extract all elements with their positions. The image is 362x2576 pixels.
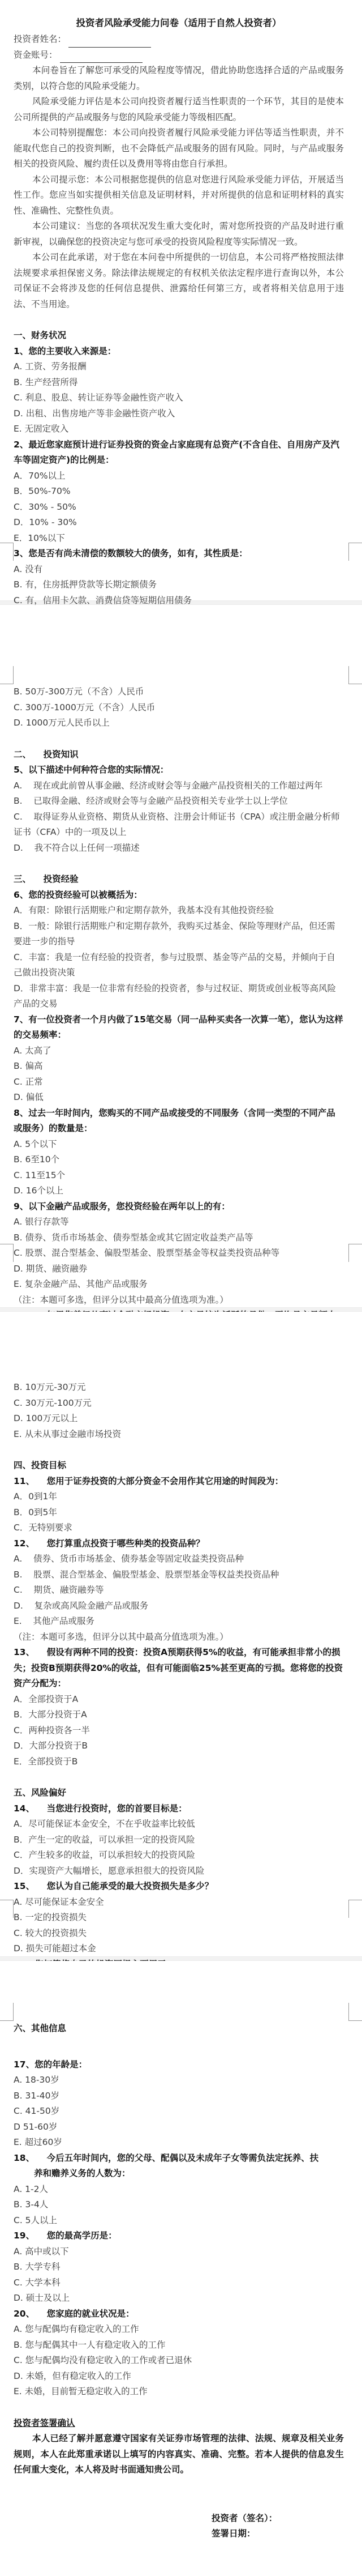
option-19c[interactable]: C. 大学本科 — [14, 2275, 344, 2291]
spacer — [14, 2037, 344, 2057]
intro-paragraph: 本公司特别提醒您：本公司向投资者履行风险承受能力评估等适当性职责，并不能取代您自… — [14, 125, 344, 172]
option-1a[interactable]: A. 工资、劳务报酬 — [14, 359, 344, 375]
option-15a[interactable]: A. 尽可能保证本金安全 — [14, 1895, 344, 1910]
option-7a[interactable]: A. 太高了 — [14, 1043, 344, 1059]
option-18c[interactable]: C. 5人以上 — [14, 2213, 344, 2229]
section-title-risk-preference: 五、风险偏好 — [14, 1785, 344, 1801]
intro-paragraph: 本公司建议：当您的各项状况发生重大变化时，需对您所投资的产品及时进行重新审视，以… — [14, 219, 344, 250]
option-3b[interactable]: B. 有，住房抵押贷款等长期定额债务 — [14, 577, 344, 593]
intro-paragraph: 风险承受能力评估是本公司向投资者履行适当性职责的一个环节，其目的是使本公司所提供… — [14, 94, 344, 125]
section-title-experience: 三、 投资经验 — [14, 872, 344, 888]
signature-date-label[interactable]: 签署日期： — [212, 2526, 344, 2542]
option-7b[interactable]: B. 偏高 — [14, 1059, 344, 1074]
intro-paragraph: 本公司提示您：本公司根据您提供的信息对您进行风险承受能力评估，开展适当性工作。您… — [14, 172, 344, 219]
option-13e[interactable]: E．全部投资于B — [14, 1754, 344, 1770]
option-9b[interactable]: B. 债券、货币市场基金、债券型基金或其它固定收益类产品等 — [14, 1230, 344, 1246]
investor-name-blank[interactable] — [68, 36, 151, 48]
question-17: 17、您的年龄是： — [14, 2057, 344, 2073]
signature-section-title: 投资者签署确认 — [14, 2416, 344, 2432]
option-10b[interactable]: B. 10万元-30万元 — [14, 1380, 344, 1396]
option-9e[interactable]: E. 复杂金融产品、其他产品或服务 — [14, 1277, 344, 1293]
option-5c[interactable]: C. 取得证券从业资格、期货从业资格、注册会计师证书（CPA）或注册金融分析师证… — [14, 809, 344, 841]
option-10d[interactable]: D. 100万元以上 — [14, 1411, 344, 1427]
option-19b[interactable]: B. 大学专科 — [14, 2259, 344, 2275]
option-4d[interactable]: D. 1000万元人民币以上 — [14, 715, 344, 731]
multi-select-note: （注：本题可多选，但评分以其中最高分值选项为准。） — [14, 1630, 344, 1645]
option-10c[interactable]: C. 30万元-100万元 — [14, 1396, 344, 1411]
page-corner-mark — [0, 1244, 14, 1262]
investor-name-label: 投资者姓名： — [14, 32, 66, 48]
page-2: B. 50万-300万元（不含）人民币 C. 300万-1000万元（不含）人民… — [0, 605, 362, 1262]
intro-paragraph: 本公司在此承诺，对于您在本问卷中所提供的一切信息，本公司将严格按照法律法规要求承… — [14, 250, 344, 312]
option-6a[interactable]: A．有限：除银行活期账户和定期存款外，我基本没有其他投资经验 — [14, 903, 344, 919]
signature-statement: 本人已经了解并愿意遵守国家有关证券市场管理的法律、法规、规章及相关业务规则，本人… — [14, 2431, 344, 2478]
option-15d[interactable]: D. 损失可能超过本金 — [14, 1941, 344, 1957]
option-8b[interactable]: B. 6至10个 — [14, 1152, 344, 1168]
option-1e[interactable]: E. 无固定收入 — [14, 421, 344, 437]
option-7d[interactable]: D. 偏低 — [14, 1090, 344, 1106]
signature-block: 投资者（签名）： 签署日期： — [14, 2511, 344, 2542]
option-13d[interactable]: D．大部分投资于B — [14, 1738, 344, 1754]
option-20e[interactable]: E. 未婚，目前暂无稳定收入的工作 — [14, 2384, 344, 2400]
investor-signature-label[interactable]: 投资者（签名）： — [212, 2511, 344, 2527]
option-13c[interactable]: C．两种投资各一半 — [14, 1723, 344, 1739]
option-15b[interactable]: B. 一定的投资损失 — [14, 1910, 344, 1926]
option-3a[interactable]: A. 没有 — [14, 562, 344, 578]
option-18b[interactable]: B. 3-4人 — [14, 2197, 344, 2213]
option-8c[interactable]: C. 11至15个 — [14, 1168, 344, 1184]
page-3: B. 10万元-30万元 C. 30万元-100万元 D. 100万元以上 E.… — [0, 1312, 362, 1940]
option-20d[interactable]: D. 未婚，但有稳定收入的工作 — [14, 2369, 344, 2385]
page-corner-mark — [0, 543, 14, 561]
option-17a[interactable]: A. 18-30岁 — [14, 2072, 344, 2088]
option-4c[interactable]: C. 300万-1000万元（不含）人民币 — [14, 700, 344, 716]
option-20a[interactable]: A. 您与配偶均有稳定收入的工作 — [14, 2322, 344, 2338]
page-1: 投资者风险承受能力问卷（适用于自然人投资者） 投资者姓名： 资金账号： 本问卷旨… — [0, 0, 362, 566]
option-11a[interactable]: A．0到1年 — [14, 1489, 344, 1505]
question-19: 19、 您的最高学历是： — [14, 2228, 344, 2244]
option-19a[interactable]: A. 高中或以下 — [14, 2244, 344, 2260]
option-1b[interactable]: B. 生产经营所得 — [14, 375, 344, 391]
option-13a[interactable]: A．全部投资于A — [14, 1692, 344, 1708]
option-4b[interactable]: B. 50万-300万元（不含）人民币 — [14, 684, 344, 700]
option-9c[interactable]: C. 股票、混合型基金、偏股型基金、股票型基金等权益类投资品种等 — [14, 1246, 344, 1261]
option-6b[interactable]: B．一般：除银行活期账户和定期存款外，我购买过基金、保险等理财产品，但还需要进一… — [14, 919, 344, 950]
account-blank[interactable] — [60, 52, 143, 63]
option-14b[interactable]: B．产生一定的收益，可以承担一定的投资风险 — [14, 1832, 344, 1848]
option-13b[interactable]: B．大部分投资于A — [14, 1707, 344, 1723]
question-9: 9、以下金融产品或服务，您投资经验在两年以上的有： — [14, 1199, 344, 1215]
option-17d[interactable]: D 51-60岁 — [14, 2119, 344, 2135]
option-12a[interactable]: A. 债券、货币市场基金、债券基金等固定收益类投资品种 — [14, 1551, 344, 1567]
question-18: 18、 今后五年时间内，您的父母、配偶以及未成年子女等需负法定抚养、扶 — [14, 2151, 344, 2166]
option-12d[interactable]: D. 复杂或高风险金融产品或服务 — [14, 1598, 344, 1614]
question-20: 20、 您家庭的就业状况是： — [14, 2306, 344, 2322]
option-5a[interactable]: A. 现在或此前曾从事金融、经济或财会等与金融产品投资相关的工作超过两年 — [14, 778, 344, 794]
option-17c[interactable]: C. 41-50岁 — [14, 2104, 344, 2119]
question-18-continued: 养和赡养义务的人数为： — [14, 2166, 344, 2182]
option-9a[interactable]: A. 银行存款等 — [14, 1214, 344, 1230]
option-7c[interactable]: C. 正常 — [14, 1074, 344, 1090]
page-4: 六、其他信息 17、您的年龄是： A. 18-30岁 B. 31-40岁 C. … — [0, 1961, 362, 2576]
option-11c[interactable]: C．无特别要求 — [14, 1520, 344, 1536]
option-15c[interactable]: C. 较大的投资损失 — [14, 1926, 344, 1942]
option-14d[interactable]: D．实现资产大幅增长，愿意承担很大的投资风险 — [14, 1863, 344, 1879]
page-corner-mark — [0, 1900, 14, 1918]
question-15: 15、 您认为自己能承受的最大投资损失是多少？ — [14, 1879, 344, 1895]
option-17e[interactable]: E. 超过60岁 — [14, 2135, 344, 2151]
option-14a[interactable]: A．尽可能保证本金安全，不在乎收益率比较低 — [14, 1816, 344, 1832]
option-5b[interactable]: B. 已取得金融、经济或财会等与金融产品投资相关专业学士以上学位 — [14, 794, 344, 809]
question-3: 3、您是否有尚未清偿的数额较大的债务，如有，其性质是： — [14, 546, 344, 562]
section-title-goals: 四、投资目标 — [14, 1458, 344, 1474]
option-10e[interactable]: E. 从未从事过金融市场投资 — [14, 1427, 344, 1443]
page-corner-mark — [348, 1244, 362, 1262]
section-title-other-info: 六、其他信息 — [14, 2021, 344, 2037]
section-title-knowledge: 二、 投资知识 — [14, 747, 344, 763]
page-corner-mark — [348, 666, 362, 684]
option-9d[interactable]: D. 期货、融资融券 — [14, 1261, 344, 1277]
option-6d[interactable]: D．非常丰富：我是一位非常有经验的投资者，参与过权证、期货或创业板等高风险产品的… — [14, 981, 344, 1012]
account-label: 资金账号： — [14, 48, 58, 63]
question-7: 7、有一位投资者一个月内做了15笔交易（同一品种买卖各一次算一笔），您认为这样的… — [14, 1012, 344, 1043]
option-12c[interactable]: C. 期货、融资融券等 — [14, 1583, 344, 1598]
question-1: 1、您的主要收入来源是： — [14, 344, 344, 360]
option-8d[interactable]: D. 16个以上 — [14, 1183, 344, 1199]
question-6: 6、您的投资经验可以被概括为： — [14, 888, 344, 903]
option-5d[interactable]: D. 我不符合以上任何一项描述 — [14, 841, 344, 856]
option-14c[interactable]: C．产生较多的收益，可以承担较大的投资风险 — [14, 1848, 344, 1863]
question-11: 11、 您用于证券投资的大部分资金不会用作其它用途的时间段为： — [14, 1474, 344, 1490]
option-8a[interactable]: A. 5个以下 — [14, 1137, 344, 1153]
option-2b[interactable]: B．50%-70% — [14, 484, 344, 500]
option-17b[interactable]: B. 31-40岁 — [14, 2088, 344, 2104]
account-field: 资金账号： — [14, 48, 344, 63]
option-12e[interactable]: E. 其他产品或服务 — [14, 1614, 344, 1630]
option-2e[interactable]: E．10%以下 — [14, 531, 344, 547]
multi-select-note: （注：本题可多选，但评分以其中最高分值选项为准。） — [14, 1293, 344, 1308]
option-2c[interactable]: C．30% - 50% — [14, 500, 344, 515]
option-20c[interactable]: C. 您与配偶均没有稳定收入的工作或者已退休 — [14, 2353, 344, 2369]
page-corner-mark — [0, 666, 14, 684]
option-20b[interactable]: B. 您与配偶其中一人有稳定收入的工作 — [14, 2338, 344, 2353]
option-19d[interactable]: D. 硕士及以上 — [14, 2291, 344, 2306]
option-18a[interactable]: A. 1-2人 — [14, 2182, 344, 2198]
question-8: 8、过去一年时间内，您购买的不同产品或接受的不同服务（含同一类型的不同产品或服务… — [14, 1106, 344, 1137]
page-corner-mark — [348, 543, 362, 561]
question-2: 2、最近您家庭预计进行证券投资的资金占家庭现有总资产(不含自住、自用房产及汽车等… — [14, 437, 344, 468]
question-12: 12、 您打算重点投资于哪些种类的投资品种？ — [14, 1536, 344, 1552]
option-12b[interactable]: B. 股票、混合型基金、偏股型基金、股票型基金等权益类投资品种 — [14, 1567, 344, 1583]
option-2d[interactable]: D．10% - 30% — [14, 515, 344, 531]
option-1c[interactable]: C. 利息、股息、转让证券等金融性资产收入 — [14, 390, 344, 406]
question-5: 5、以下描述中何种符合您的实际情况： — [14, 762, 344, 778]
document-title: 投资者风险承受能力问卷（适用于自然人投资者） — [14, 0, 344, 32]
section-title-financial: 一、财务状况 — [14, 328, 344, 344]
question-14: 14、 当您进行投资时，您的首要目标是： — [14, 1801, 344, 1817]
option-6c[interactable]: C．丰富：我是一位有经验的投资者，参与过股票、基金等产品的交易，并倾向于自己做出… — [14, 950, 344, 981]
option-11b[interactable]: B．0到5年 — [14, 1505, 344, 1521]
intro-paragraph: 本问卷旨在了解您可承受的风险程度等情况，借此协助您选择合适的产品或服务类别，以符… — [14, 63, 344, 94]
question-13: 13、 假设有两种不同的投资：投资A预期获得5%的收益，有可能承担非常小的损失；… — [14, 1645, 344, 1692]
page-corner-mark — [348, 1900, 362, 1918]
page-corner-mark — [348, 2003, 362, 2021]
option-2a[interactable]: A．70%以上 — [14, 468, 344, 484]
investor-name-field: 投资者姓名： — [14, 32, 344, 48]
page-corner-mark — [0, 2003, 14, 2021]
option-1d[interactable]: D. 出租、出售房地产等非金融性资产收入 — [14, 406, 344, 422]
